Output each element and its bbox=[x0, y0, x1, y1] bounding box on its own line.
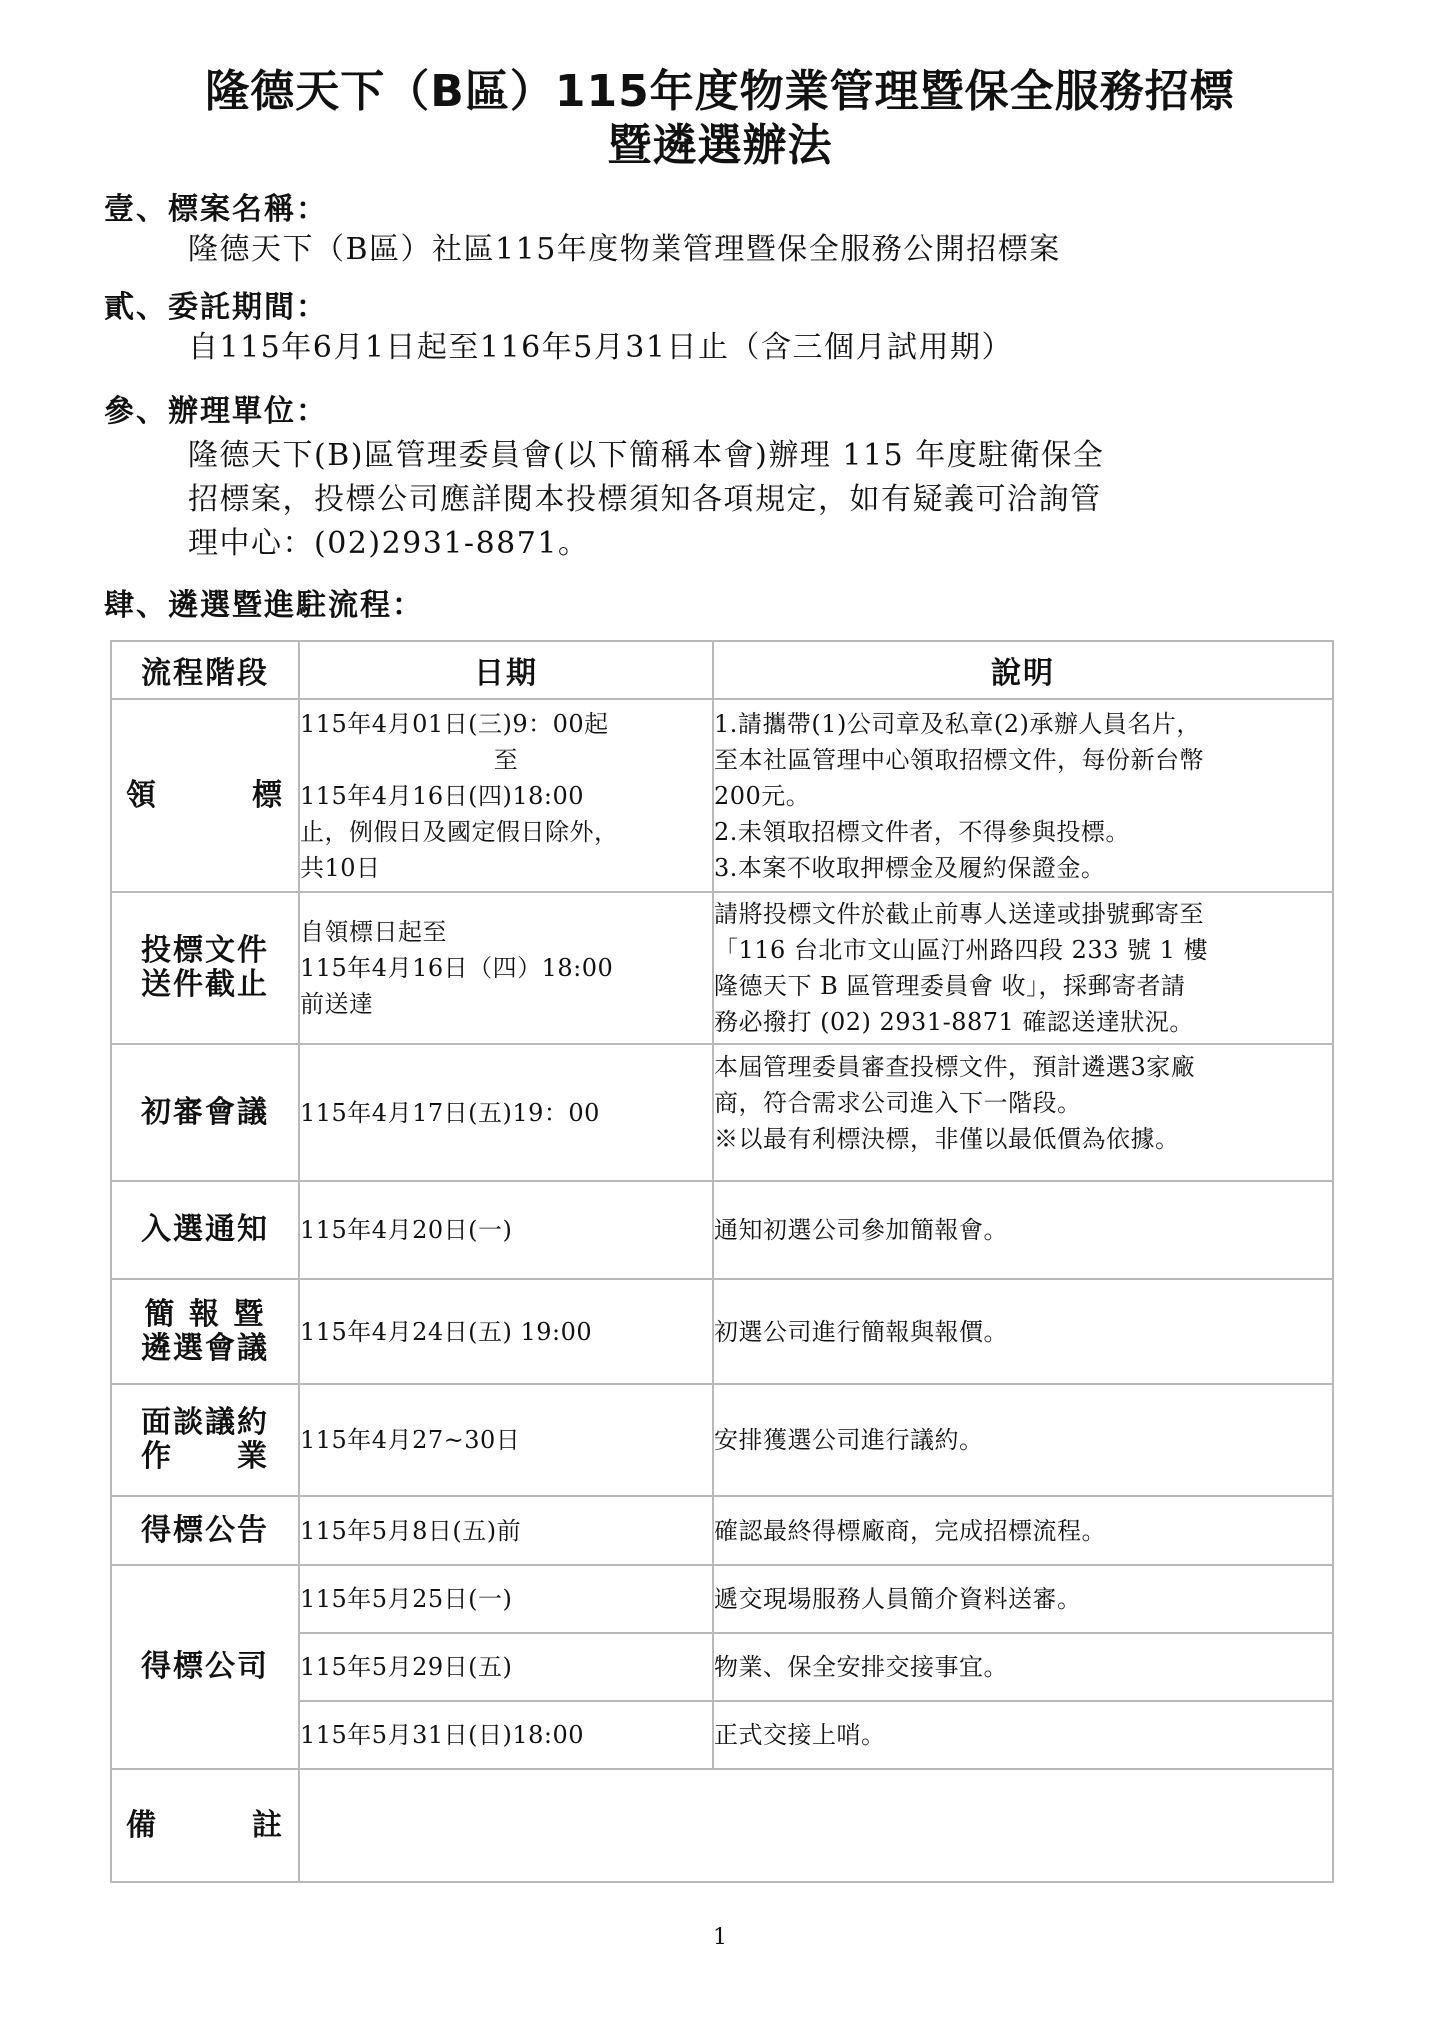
stage-cell: 簡 報 暨 遴選會議 bbox=[111, 1279, 299, 1384]
section-heading-1: 壹、標案名稱： bbox=[104, 192, 328, 228]
section-body-line: 隆德天下（B區）社區115年度物業管理暨保全服務公開招標案 bbox=[188, 228, 1318, 272]
date-line: 115年4月01日(三)9：00起 bbox=[300, 710, 609, 738]
description-cell: 遞交現場服務人員簡介資料送審。 bbox=[713, 1565, 1333, 1633]
table-header-row: 流程階段 日期 說明 bbox=[111, 641, 1333, 699]
date-line: 至 bbox=[300, 742, 712, 778]
stage-cell: 備 註 bbox=[111, 1769, 299, 1882]
stage-cell: 入選通知 bbox=[111, 1181, 299, 1279]
section-body-3: 隆德天下(B)區管理委員會(以下簡稱本會)辦理 115 年度駐衛保全 招標案，投… bbox=[188, 434, 1318, 566]
stage-line: 簡 報 暨 bbox=[112, 1298, 298, 1332]
date-cell: 115年4月17日(五)19：00 bbox=[299, 1044, 713, 1181]
date-cell: 115年5月31日(日)18:00 bbox=[299, 1701, 713, 1769]
stage-line: 遴選會議 bbox=[112, 1332, 298, 1366]
desc-line: 請將投標文件於截止前專人送達或掛號郵寄至 bbox=[714, 896, 1332, 932]
section-body-line: 自115年6月1日起至116年5月31日止（含三個月試用期） bbox=[188, 326, 1318, 370]
stage-cell: 得標公告 bbox=[111, 1496, 299, 1565]
desc-line: 本屆管理委員審查投標文件，預計遴選3家廠 bbox=[714, 1049, 1332, 1085]
stage-line: 送件截止 bbox=[112, 968, 298, 1002]
table-row: 入選通知 115年4月20日(一) 通知初選公司參加簡報會。 bbox=[111, 1181, 1333, 1279]
stage-cell: 領 標 bbox=[111, 699, 299, 892]
stage-line: 作 業 bbox=[112, 1440, 298, 1474]
stage-cell: 得標公司 bbox=[111, 1565, 299, 1769]
process-table: 流程階段 日期 說明 領 標 115年4月01日(三)9：00起 至 115年4… bbox=[110, 640, 1334, 1883]
date-line: 115年4月16日(四)18:00 bbox=[300, 782, 584, 810]
date-cell: 115年4月20日(一) bbox=[299, 1181, 713, 1279]
date-line: 共10日 bbox=[300, 854, 381, 882]
header-description: 說明 bbox=[713, 641, 1333, 699]
date-cell: 115年5月25日(一) bbox=[299, 1565, 713, 1633]
table-row: 得標公告 115年5月8日(五)前 確認最終得標廠商，完成招標流程。 bbox=[111, 1496, 1333, 1565]
remarks-cell bbox=[299, 1769, 1333, 1882]
desc-line: 商，符合需求公司進入下一階段。 bbox=[714, 1085, 1332, 1121]
desc-line: 至本社區管理中心領取招標文件，每份新台幣 bbox=[714, 742, 1332, 778]
section-body-line: 理中心：(02)2931-8871。 bbox=[188, 522, 1318, 566]
description-cell: 請將投標文件於截止前專人送達或掛號郵寄至 「116 台北市文山區汀州路四段 23… bbox=[713, 892, 1333, 1044]
description-cell: 本屆管理委員審查投標文件，預計遴選3家廠 商，符合需求公司進入下一階段。 ※以最… bbox=[713, 1044, 1333, 1181]
date-cell: 自領標日起至 115年4月16日（四）18:00 前送達 bbox=[299, 892, 713, 1044]
desc-line: 3.本案不收取押標金及履約保證金。 bbox=[714, 850, 1332, 886]
desc-line: ※以最有利標決標，非僅以最低價為依據。 bbox=[714, 1121, 1332, 1157]
desc-line: 務必撥打 (02) 2931-8871 確認送達狀況。 bbox=[714, 1004, 1332, 1040]
description-cell: 1.請攜帶(1)公司章及私章(2)承辦人員名片， 至本社區管理中心領取招標文件，… bbox=[713, 699, 1333, 892]
date-line: 止，例假日及國定假日除外， bbox=[300, 818, 619, 846]
section-body-line: 隆德天下(B)區管理委員會(以下簡稱本會)辦理 115 年度駐衛保全 bbox=[188, 434, 1318, 478]
date-line: 115年4月16日（四）18:00 bbox=[300, 954, 613, 982]
section-body-2: 自115年6月1日起至116年5月31日止（含三個月試用期） bbox=[188, 326, 1318, 370]
section-heading-4: 肆、遴選暨進駐流程： bbox=[104, 588, 424, 624]
desc-line: 隆德天下 B 區管理委員會 收」，採郵寄者請 bbox=[714, 968, 1332, 1004]
date-line: 前送達 bbox=[300, 990, 374, 1018]
section-heading-2: 貳、委託期間： bbox=[104, 290, 328, 326]
date-line: 自領標日起至 bbox=[300, 918, 447, 946]
date-cell: 115年4月24日(五) 19:00 bbox=[299, 1279, 713, 1384]
header-date: 日期 bbox=[299, 641, 713, 699]
description-cell: 初選公司進行簡報與報價。 bbox=[713, 1279, 1333, 1384]
stage-cell: 面談議約 作 業 bbox=[111, 1384, 299, 1496]
description-cell: 通知初選公司參加簡報會。 bbox=[713, 1181, 1333, 1279]
description-cell: 安排獲選公司進行議約。 bbox=[713, 1384, 1333, 1496]
table-row: 初審會議 115年4月17日(五)19：00 本屆管理委員審查投標文件，預計遴選… bbox=[111, 1044, 1333, 1181]
desc-line: 200元。 bbox=[714, 778, 1332, 814]
document-title-line1: 隆德天下（B區）115年度物業管理暨保全服務招標 bbox=[0, 66, 1440, 118]
section-body-1: 隆德天下（B區）社區115年度物業管理暨保全服務公開招標案 bbox=[188, 228, 1318, 272]
table-row: 投標文件 送件截止 自領標日起至 115年4月16日（四）18:00 前送達 請… bbox=[111, 892, 1333, 1044]
page-number: 1 bbox=[0, 1925, 1440, 1950]
desc-line: 1.請攜帶(1)公司章及私章(2)承辦人員名片， bbox=[714, 706, 1332, 742]
description-cell: 物業、保全安排交接事宜。 bbox=[713, 1633, 1333, 1701]
desc-line: 「116 台北市文山區汀州路四段 233 號 1 樓 bbox=[714, 932, 1332, 968]
desc-line: 2.未領取招標文件者，不得參與投標。 bbox=[714, 814, 1332, 850]
stage-line: 面談議約 bbox=[112, 1406, 298, 1440]
table-row: 面談議約 作 業 115年4月27~30日 安排獲選公司進行議約。 bbox=[111, 1384, 1333, 1496]
description-cell: 確認最終得標廠商，完成招標流程。 bbox=[713, 1496, 1333, 1565]
date-cell: 115年5月29日(五) bbox=[299, 1633, 713, 1701]
date-cell: 115年5月8日(五)前 bbox=[299, 1496, 713, 1565]
table-row: 得標公司 115年5月25日(一) 遞交現場服務人員簡介資料送審。 bbox=[111, 1565, 1333, 1633]
table-row-remarks: 備 註 bbox=[111, 1769, 1333, 1882]
section-body-line: 招標案，投標公司應詳閱本投標須知各項規定，如有疑義可洽詢管 bbox=[188, 478, 1318, 522]
stage-line: 投標文件 bbox=[112, 934, 298, 968]
table-row: 領 標 115年4月01日(三)9：00起 至 115年4月16日(四)18:0… bbox=[111, 699, 1333, 892]
header-stage: 流程階段 bbox=[111, 641, 299, 699]
description-cell: 正式交接上哨。 bbox=[713, 1701, 1333, 1769]
stage-cell: 初審會議 bbox=[111, 1044, 299, 1181]
date-cell: 115年4月01日(三)9：00起 至 115年4月16日(四)18:00 止，… bbox=[299, 699, 713, 892]
section-heading-3: 參、辦理單位： bbox=[104, 394, 328, 430]
date-cell: 115年4月27~30日 bbox=[299, 1384, 713, 1496]
stage-cell: 投標文件 送件截止 bbox=[111, 892, 299, 1044]
table-row: 簡 報 暨 遴選會議 115年4月24日(五) 19:00 初選公司進行簡報與報… bbox=[111, 1279, 1333, 1384]
document-title-line2: 暨遴選辦法 bbox=[0, 120, 1440, 172]
